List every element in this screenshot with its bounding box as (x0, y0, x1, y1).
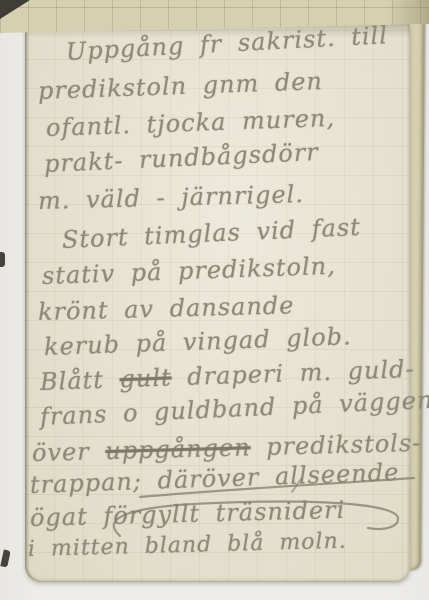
line-12-pre: över (32, 437, 106, 467)
handwriting-line-2: predikstoln gnm den (38, 69, 324, 103)
struck-word: gult (119, 363, 172, 393)
notebook-photo: Uppgång fr sakrist. till predikstoln gnm… (0, 0, 429, 600)
line-10-pre: Blått (40, 365, 120, 396)
line-10-post: draperi m. guld- (171, 355, 415, 391)
handwriting-line-5: m. väld - järnrigel. (38, 182, 305, 213)
handwriting-line-15: i mitten bland blå moln. (28, 531, 347, 561)
line-12-post: predikstols- (250, 429, 421, 461)
handwriting-line-9: kerub på vingad glob. (44, 324, 352, 359)
handwriting-line-4: prakt- rundbågsdörr (43, 140, 319, 176)
handwriting-block: Uppgång fr sakrist. till predikstoln gnm… (0, 0, 429, 600)
line-14-pre: ögat (30, 502, 104, 532)
handwriting-line-7: stativ på predikstoln, (42, 254, 337, 288)
handwriting-line-3: ofantl. tjocka muren, (46, 106, 336, 140)
handwriting-line-8: krönt av dansande (38, 293, 295, 324)
handwriting-line-11: frans o guldband på väggen (39, 388, 429, 429)
handwriting-line-13: trappan; däröver allseende (30, 460, 400, 497)
encircled-phrase: förgyllt träsnideri (103, 496, 346, 530)
handwriting-line-14: ögat förgyllt träsnideri (30, 498, 346, 530)
struck-word: uppgången (105, 433, 251, 465)
handwriting-line-6: Stort timglas vid fast (61, 215, 361, 252)
